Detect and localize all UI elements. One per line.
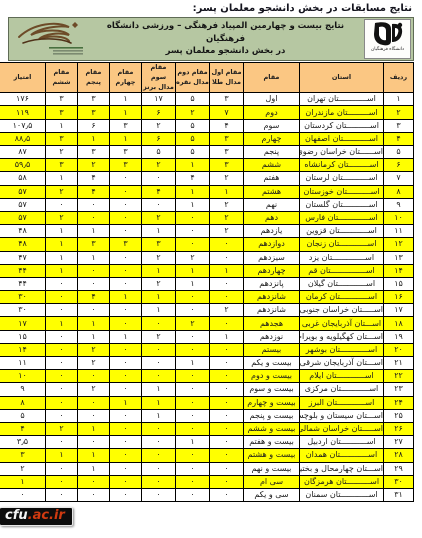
maqam-cell: بیست و ششم — [244, 422, 300, 435]
silver-cell: ۰ — [176, 396, 210, 409]
fourth-cell: ۰ — [110, 211, 142, 224]
fourth-cell: ۱ — [110, 330, 142, 343]
table-row: ۲۴اســــــــــــتان البرزبیست و چهارم۰۰۱… — [0, 396, 414, 409]
fifth-cell: ۱ — [78, 422, 110, 435]
province-cell: اســـتان کهگیلویه و بویراحمد — [300, 330, 384, 343]
province-cell: اســــــــــتان هرمزگان — [300, 475, 384, 488]
maqam-cell: بیست و پنجم — [244, 409, 300, 422]
score-cell: ۸ — [0, 396, 46, 409]
sixth-cell: ۱ — [46, 172, 78, 185]
fifth-cell: ۳ — [78, 93, 110, 106]
gold-cell: ۳ — [210, 93, 244, 106]
gold-cell: ۰ — [210, 251, 244, 264]
score-cell: ۵۸ — [0, 172, 46, 185]
maqam-cell: دوازدهم — [244, 238, 300, 251]
gold-cell: ۰ — [210, 383, 244, 396]
silver-cell: ۱ — [176, 277, 210, 290]
fourth-cell: ۱ — [110, 106, 142, 119]
table-row: ۱۶اســــــــــــتان کرمانشانزدهم۰۰۱۱۴۰۳۰ — [0, 291, 414, 304]
table-row: ۵اســــــتان خراسان رضویپنجم۳۵۵۳۳۲۸۷ — [0, 146, 414, 159]
bronze-cell: ۱ — [142, 264, 176, 277]
rank-cell: ۲۹ — [384, 462, 414, 475]
header-cell-score: امتیاز — [0, 63, 46, 93]
sixth-cell: ۰ — [46, 462, 78, 475]
score-cell: ۸۸٫۵ — [0, 132, 46, 145]
province-cell: اســـــــــــتان اردبیل — [300, 436, 384, 449]
bronze-cell: ۶ — [142, 106, 176, 119]
province-cell: اســـتان چهارمحال و بختیاری — [300, 462, 384, 475]
fifth-cell: ۰ — [78, 396, 110, 409]
header-cell-sixth: مقام ششم — [46, 63, 78, 93]
gold-cell: ۲ — [210, 172, 244, 185]
score-cell: ۴۴ — [0, 264, 46, 277]
table-row: ۳۱اســــــــــــتان سمنانسی و یکم۰۰۰۰۰۰۰ — [0, 488, 414, 501]
silver-cell: ۰ — [176, 291, 210, 304]
table-row: ۳۰اســــــــــتان هرمزگانسی ام۰۰۰۰۰۰۱ — [0, 475, 414, 488]
rank-cell: ۳۰ — [384, 475, 414, 488]
rank-cell: ۲۲ — [384, 370, 414, 383]
fifth-cell: ۰ — [78, 488, 110, 501]
gold-cell: ۴ — [210, 119, 244, 132]
silver-cell: ۱ — [176, 198, 210, 211]
bronze-cell: ۰ — [142, 370, 176, 383]
silver-cell: ۰ — [176, 370, 210, 383]
fifth-cell: ۰ — [78, 277, 110, 290]
silver-cell: ۲ — [176, 251, 210, 264]
fifth-cell: ۲ — [78, 357, 110, 370]
sixth-cell: ۱ — [46, 264, 78, 277]
olympiad-banner: دانشگاه فرهنگیان نتایج بیست و چهارمین ال… — [8, 17, 414, 61]
maqam-cell: سوم — [244, 119, 300, 132]
maqam-cell: پنجم — [244, 146, 300, 159]
silver-cell: ۱ — [176, 264, 210, 277]
fourth-cell: ۰ — [110, 277, 142, 290]
score-cell: ۵۷ — [0, 211, 46, 224]
cfu-watermark-link[interactable]: cfu.ac.ir — [0, 507, 73, 526]
table-header: ردیفاستانمقاممقام اول مدال طلامقام دوم م… — [0, 63, 414, 93]
header-cell-silver: مقام دوم مدال نقره — [176, 63, 210, 93]
silver-cell: ۴ — [176, 172, 210, 185]
silver-cell: ۰ — [176, 225, 210, 238]
province-cell: اســــــــــــتان کرمان — [300, 291, 384, 304]
maqam-cell: سی و یکم — [244, 488, 300, 501]
sixth-cell: ۲ — [46, 185, 78, 198]
fourth-cell: ۰ — [110, 317, 142, 330]
sixth-cell: ۰ — [46, 409, 78, 422]
score-cell: ۱۰۷٫۵ — [0, 119, 46, 132]
silver-cell: ۰ — [176, 238, 210, 251]
bronze-cell: ۲ — [142, 159, 176, 172]
maqam-cell: چهاردهم — [244, 264, 300, 277]
maqam-cell: هجدهم — [244, 317, 300, 330]
fifth-cell: ۱ — [78, 462, 110, 475]
table-row: ۱۰اســـــــــــــتان فارسدهم۲۰۲۰۰۲۵۷ — [0, 211, 414, 224]
score-cell: ۱۵ — [0, 330, 46, 343]
score-cell: ۴ — [0, 422, 46, 435]
rank-cell: ۷ — [384, 172, 414, 185]
farhangian-logo-caption: دانشگاه فرهنگیان — [371, 48, 404, 53]
gold-cell: ۰ — [210, 449, 244, 462]
bronze-cell: ۵ — [142, 146, 176, 159]
gold-cell: ۰ — [210, 422, 244, 435]
maqam-cell: شانزدهم — [244, 291, 300, 304]
rank-cell: ۱۹ — [384, 330, 414, 343]
province-cell: اســـــــــــتان گلستان — [300, 198, 384, 211]
province-cell: اســــــــــــتان گیلان — [300, 277, 384, 290]
province-cell: اســــــــــــتان سمنان — [300, 488, 384, 501]
header-cell-province: استان — [300, 63, 384, 93]
fifth-cell: ۰ — [78, 264, 110, 277]
bronze-cell: ۰ — [142, 449, 176, 462]
maqam-cell: بیست و هشتم — [244, 449, 300, 462]
fifth-cell: ۱ — [78, 225, 110, 238]
gold-cell: ۰ — [210, 277, 244, 290]
fifth-cell: ۲ — [78, 383, 110, 396]
province-cell: اســـــــــــــــتان قم — [300, 264, 384, 277]
rank-cell: ۲۴ — [384, 396, 414, 409]
fifth-cell: ۱ — [78, 251, 110, 264]
silver-cell: ۰ — [176, 475, 210, 488]
header-cell-bronze: مقام سوم مدال برنز — [142, 63, 176, 93]
fifth-cell: ۳ — [78, 146, 110, 159]
rank-cell: ۳ — [384, 119, 414, 132]
province-cell: اســــــــــــتان زنجان — [300, 238, 384, 251]
sixth-cell: ۰ — [46, 475, 78, 488]
fourth-cell: ۰ — [110, 172, 142, 185]
maqam-cell: دوم — [244, 106, 300, 119]
score-cell: ۴۸ — [0, 238, 46, 251]
rank-cell: ۸ — [384, 185, 414, 198]
table-row: ۷اســـــــــــتان لرستانهفتم۲۴۰۰۴۱۵۸ — [0, 172, 414, 185]
silver-cell: ۵ — [176, 132, 210, 145]
maqam-cell: نوزدهم — [244, 330, 300, 343]
bronze-cell: ۰ — [142, 317, 176, 330]
table-row: ۶اســـــــــتان کرمانشاهششم۳۱۲۳۲۳۵۹٫۵ — [0, 159, 414, 172]
bronze-cell: ۰ — [142, 475, 176, 488]
sixth-cell: ۰ — [46, 304, 78, 317]
score-cell: ۴۸ — [0, 225, 46, 238]
bronze-cell: ۱ — [142, 304, 176, 317]
fourth-cell: ۰ — [110, 462, 142, 475]
table-row: ۲۸اســــــــــــتان همدانبیست و هشتم۰۰۰۰… — [0, 449, 414, 462]
score-cell: ۲ — [0, 462, 46, 475]
fourth-cell: ۳ — [110, 238, 142, 251]
gold-cell: ۰ — [210, 357, 244, 370]
table-row: ۱۴اســـــــــــــــتان قمچهاردهم۱۱۱۰۰۱۴۴ — [0, 264, 414, 277]
rank-cell: ۲۶ — [384, 422, 414, 435]
sixth-cell: ۰ — [46, 488, 78, 501]
rank-cell: ۲۷ — [384, 436, 414, 449]
fourth-cell: ۱ — [110, 396, 142, 409]
province-cell: اســــــــــــتان تهران — [300, 93, 384, 106]
table-row: ۱اســــــــــــتان تهراناول۳۵۱۷۱۳۳۱۷۶ — [0, 93, 414, 106]
fourth-cell: ۰ — [110, 370, 142, 383]
maqam-cell: چهارم — [244, 132, 300, 145]
maqam-cell: هفتم — [244, 172, 300, 185]
score-cell: ۱ — [0, 475, 46, 488]
gold-cell: ۷ — [210, 106, 244, 119]
gold-cell: ۰ — [210, 238, 244, 251]
maqam-cell: شانزدهم — [244, 304, 300, 317]
table-row: ۸اســــــــــتان خوزستانهشتم۱۱۴۰۴۲۵۷ — [0, 185, 414, 198]
province-cell: اســـتان آذربایجان غربی — [300, 317, 384, 330]
gold-cell: ۱ — [210, 185, 244, 198]
silver-cell: ۱ — [176, 357, 210, 370]
table-row: ۲۱اســـتان آذربایجان شرقیبیست و یکم۰۱۰۰۲… — [0, 357, 414, 370]
fifth-cell: ۱ — [78, 132, 110, 145]
bronze-cell: ۱ — [142, 409, 176, 422]
silver-cell: ۵ — [176, 119, 210, 132]
province-cell: اســــــــــــــتان یزد — [300, 251, 384, 264]
gold-cell: ۲ — [210, 225, 244, 238]
bronze-cell: ۱ — [142, 383, 176, 396]
watermark-cfu-text: cfu — [5, 508, 28, 523]
score-cell: ۸۷ — [0, 146, 46, 159]
rank-cell: ۱۷ — [384, 304, 414, 317]
province-cell: اســـــــــتان کرمانشاه — [300, 159, 384, 172]
rank-cell: ۱۳ — [384, 251, 414, 264]
silver-cell: ۰ — [176, 422, 210, 435]
sixth-cell: ۱ — [46, 317, 78, 330]
score-cell: ۱۷۶ — [0, 93, 46, 106]
bronze-cell: ۰ — [142, 198, 176, 211]
watermark-acir-text: .ac.ir — [28, 508, 65, 523]
sixth-cell: ۱ — [46, 225, 78, 238]
maqam-cell: نهم — [244, 198, 300, 211]
sixth-cell: ۳ — [46, 93, 78, 106]
province-cell: اســـــتان خراسان جنوبی — [300, 304, 384, 317]
gold-cell: ۰ — [210, 291, 244, 304]
silver-cell: ۰ — [176, 343, 210, 356]
rank-cell: ۱۶ — [384, 291, 414, 304]
table-row: ۲۹اســـتان چهارمحال و بختیاریبیست و نهم۰… — [0, 462, 414, 475]
gold-cell: ۰ — [210, 343, 244, 356]
silver-cell: ۰ — [176, 330, 210, 343]
rank-cell: ۶ — [384, 159, 414, 172]
score-cell: ۱۰ — [0, 370, 46, 383]
score-cell: ۵۷ — [0, 185, 46, 198]
fourth-cell: ۰ — [110, 185, 142, 198]
rank-cell: ۲۵ — [384, 409, 414, 422]
fourth-cell: ۱ — [110, 291, 142, 304]
maqam-cell: بیستم — [244, 343, 300, 356]
table-row: ۳اســــــــــتان کردستانسوم۴۵۲۳۶۱۱۰۷٫۵ — [0, 119, 414, 132]
fifth-cell: ۱ — [78, 317, 110, 330]
score-cell: ۱۷ — [0, 317, 46, 330]
rank-cell: ۱۲ — [384, 238, 414, 251]
maqam-cell: دهم — [244, 211, 300, 224]
rank-cell: ۱۸ — [384, 317, 414, 330]
bronze-cell: ۰ — [142, 343, 176, 356]
sixth-cell: ۱ — [46, 119, 78, 132]
farhangian-university-logo: دانشگاه فرهنگیان — [364, 19, 411, 59]
sixth-cell: ۰ — [46, 291, 78, 304]
table-row: ۱۹اســـتان کهگیلویه و بویراحمدنوزدهم۱۰۲۱… — [0, 330, 414, 343]
score-cell: ۵۹٫۵ — [0, 159, 46, 172]
fifth-cell: ۳ — [78, 106, 110, 119]
fourth-cell: ۰ — [110, 198, 142, 211]
province-cell: اســــــــــــتان ایلام — [300, 370, 384, 383]
fifth-cell: ۶ — [78, 119, 110, 132]
bronze-cell: ۰ — [142, 172, 176, 185]
sixth-cell: ۱ — [46, 251, 78, 264]
gold-cell: ۳ — [210, 132, 244, 145]
fifth-cell: ۰ — [78, 475, 110, 488]
header-cell-maqam: مقام — [244, 63, 300, 93]
score-cell: ۵ — [0, 409, 46, 422]
fifth-cell: ۰ — [78, 304, 110, 317]
sixth-cell: ۰ — [46, 198, 78, 211]
page-title: نتایج مسابقات در بخش دانشجو معلمان پسر: — [0, 0, 422, 16]
table-row: ۲۲اســــــــــــتان ایلامبیست و دوم۰۰۰۰۰… — [0, 370, 414, 383]
silver-cell: ۰ — [176, 462, 210, 475]
bronze-cell: ۲ — [142, 277, 176, 290]
silver-cell: ۵ — [176, 93, 210, 106]
fourth-cell: ۰ — [110, 488, 142, 501]
sixth-cell: ۲ — [46, 211, 78, 224]
province-cell: اســـــــــــتان لرستان — [300, 172, 384, 185]
province-cell: اســـــــــــتان اصفهان — [300, 132, 384, 145]
gold-cell: ۰ — [210, 475, 244, 488]
fifth-cell: ۴ — [78, 291, 110, 304]
fifth-cell: ۲ — [78, 159, 110, 172]
bronze-cell: ۱ — [142, 396, 176, 409]
province-cell: اســـتان آذربایجان شرقی — [300, 357, 384, 370]
maqam-cell: اول — [244, 93, 300, 106]
gold-cell: ۲ — [210, 211, 244, 224]
table-row: ۲۶اســـــتان خراسان شمالیبیست و ششم۰۰۰۰۱… — [0, 422, 414, 435]
score-cell: ۱۱۹ — [0, 106, 46, 119]
silver-cell: ۱ — [176, 159, 210, 172]
silver-cell: ۰ — [176, 211, 210, 224]
fifth-cell: ۰ — [78, 436, 110, 449]
gold-cell: ۰ — [210, 462, 244, 475]
score-cell: ۵۷ — [0, 198, 46, 211]
fifth-cell: ۴ — [78, 185, 110, 198]
fourth-cell: ۰ — [110, 422, 142, 435]
province-cell: اســــــــــــتان البرز — [300, 396, 384, 409]
maqam-cell: بیست و نهم — [244, 462, 300, 475]
score-cell: ۴۴ — [0, 277, 46, 290]
fifth-cell: ۰ — [78, 370, 110, 383]
rank-cell: ۱ — [384, 93, 414, 106]
fourth-cell: ۱ — [110, 93, 142, 106]
score-cell: ۳۰ — [0, 291, 46, 304]
bronze-cell: ۱ — [142, 291, 176, 304]
silver-cell: ۱ — [176, 436, 210, 449]
sixth-cell: ۳ — [46, 106, 78, 119]
bronze-cell: ۴ — [142, 185, 176, 198]
score-cell: ۴۷ — [0, 251, 46, 264]
rank-cell: ۲۸ — [384, 449, 414, 462]
calligraphy-icon — [9, 19, 87, 59]
fifth-cell: ۱ — [78, 449, 110, 462]
banner-title: نتایج بیست و چهارمین المپیاد فرهنگی – ور… — [87, 20, 364, 57]
rank-cell: ۲۳ — [384, 383, 414, 396]
score-cell: ۱۱ — [0, 357, 46, 370]
gold-cell: ۰ — [210, 396, 244, 409]
header-cell-fifth: مقام پنجم — [78, 63, 110, 93]
gold-cell: ۰ — [210, 409, 244, 422]
sixth-cell: ۰ — [46, 436, 78, 449]
table-row: ۱۲اســــــــــــتان زنجاندوازدهم۰۰۳۳۳۱۴۸ — [0, 238, 414, 251]
bronze-cell: ۰ — [142, 422, 176, 435]
maqam-cell: بیست و سوم — [244, 383, 300, 396]
sixth-cell: ۲ — [46, 146, 78, 159]
silver-cell: ۰ — [176, 409, 210, 422]
maqam-cell: سیزدهم — [244, 251, 300, 264]
maqam-cell: بیست و دوم — [244, 370, 300, 383]
gold-cell: ۱ — [210, 330, 244, 343]
fifth-cell: ۲ — [78, 343, 110, 356]
fourth-cell: ۰ — [110, 343, 142, 356]
rank-cell: ۱۵ — [384, 277, 414, 290]
silver-cell: ۰ — [176, 449, 210, 462]
bronze-cell: ۱ — [142, 225, 176, 238]
sixth-cell: ۰ — [46, 396, 78, 409]
gold-cell: ۳ — [210, 146, 244, 159]
fourth-cell: ۰ — [110, 449, 142, 462]
fourth-cell: ۰ — [110, 357, 142, 370]
sixth-cell: ۰ — [46, 370, 78, 383]
header-cell-fourth: مقام چهارم — [110, 63, 142, 93]
bronze-cell: ۰ — [142, 488, 176, 501]
sixth-cell: ۱ — [46, 449, 78, 462]
table-row: ۲۵اســـتان سیستان و بلوچستانبیست و پنجم۰… — [0, 409, 414, 422]
banner-title-line2: در بخش دانشجو معلمان پسر — [87, 46, 364, 58]
table-row: ۲۷اســـــــــــتان اردبیلبیست و هفتم۰۱۰۰… — [0, 436, 414, 449]
fifth-cell: ۰ — [78, 409, 110, 422]
table-row: ۱۵اســــــــــــتان گیلانپانزدهم۰۱۲۰۰۰۴۴ — [0, 277, 414, 290]
fourth-cell: ۰ — [110, 383, 142, 396]
bronze-cell: ۶ — [142, 132, 176, 145]
sixth-cell: ۰ — [46, 343, 78, 356]
silver-cell: ۰ — [176, 383, 210, 396]
banner-title-line1: نتایج بیست و چهارمین المپیاد فرهنگی – ور… — [87, 20, 364, 46]
fourth-cell: ۱ — [110, 132, 142, 145]
gold-cell: ۲ — [210, 198, 244, 211]
farhangian-logo-icon — [371, 21, 405, 47]
rank-cell: ۳۱ — [384, 488, 414, 501]
province-cell: اســـــتان خراسان شمالی — [300, 422, 384, 435]
table-row: ۱۸اســـتان آذربایجان غربیهجدهم۰۲۰۰۱۱۱۷ — [0, 317, 414, 330]
province-cell: اســـــــــــــتان فارس — [300, 211, 384, 224]
rank-cell: ۲۱ — [384, 357, 414, 370]
sixth-cell: ۰ — [46, 357, 78, 370]
fourth-cell: ۰ — [110, 409, 142, 422]
fifth-cell: ۰ — [78, 198, 110, 211]
silver-cell: ۲ — [176, 317, 210, 330]
maqam-cell: بیست و چهارم — [244, 396, 300, 409]
sixth-cell: ۲ — [46, 422, 78, 435]
fifth-cell: ۱ — [78, 330, 110, 343]
bronze-cell: ۲ — [142, 330, 176, 343]
bronze-cell: ۰ — [142, 357, 176, 370]
bronze-cell: ۲ — [142, 251, 176, 264]
gold-cell: ۰ — [210, 488, 244, 501]
fourth-cell: ۰ — [110, 264, 142, 277]
bronze-cell: ۲ — [142, 211, 176, 224]
table-row: ۲اســـــــــتان مازندراندوم۷۲۶۱۳۳۱۱۹ — [0, 106, 414, 119]
table-row: ۲۳اســــــــــــتان مرکزیبیست و سوم۰۰۱۰۲… — [0, 383, 414, 396]
score-cell: ۹ — [0, 383, 46, 396]
province-cell: اســــــــــــتان مرکزی — [300, 383, 384, 396]
fifth-cell: ۰ — [78, 211, 110, 224]
sixth-cell: ۰ — [46, 330, 78, 343]
fourth-cell: ۳ — [110, 159, 142, 172]
province-cell: اســـــــــتان مازندران — [300, 106, 384, 119]
maqam-cell: سی ام — [244, 475, 300, 488]
